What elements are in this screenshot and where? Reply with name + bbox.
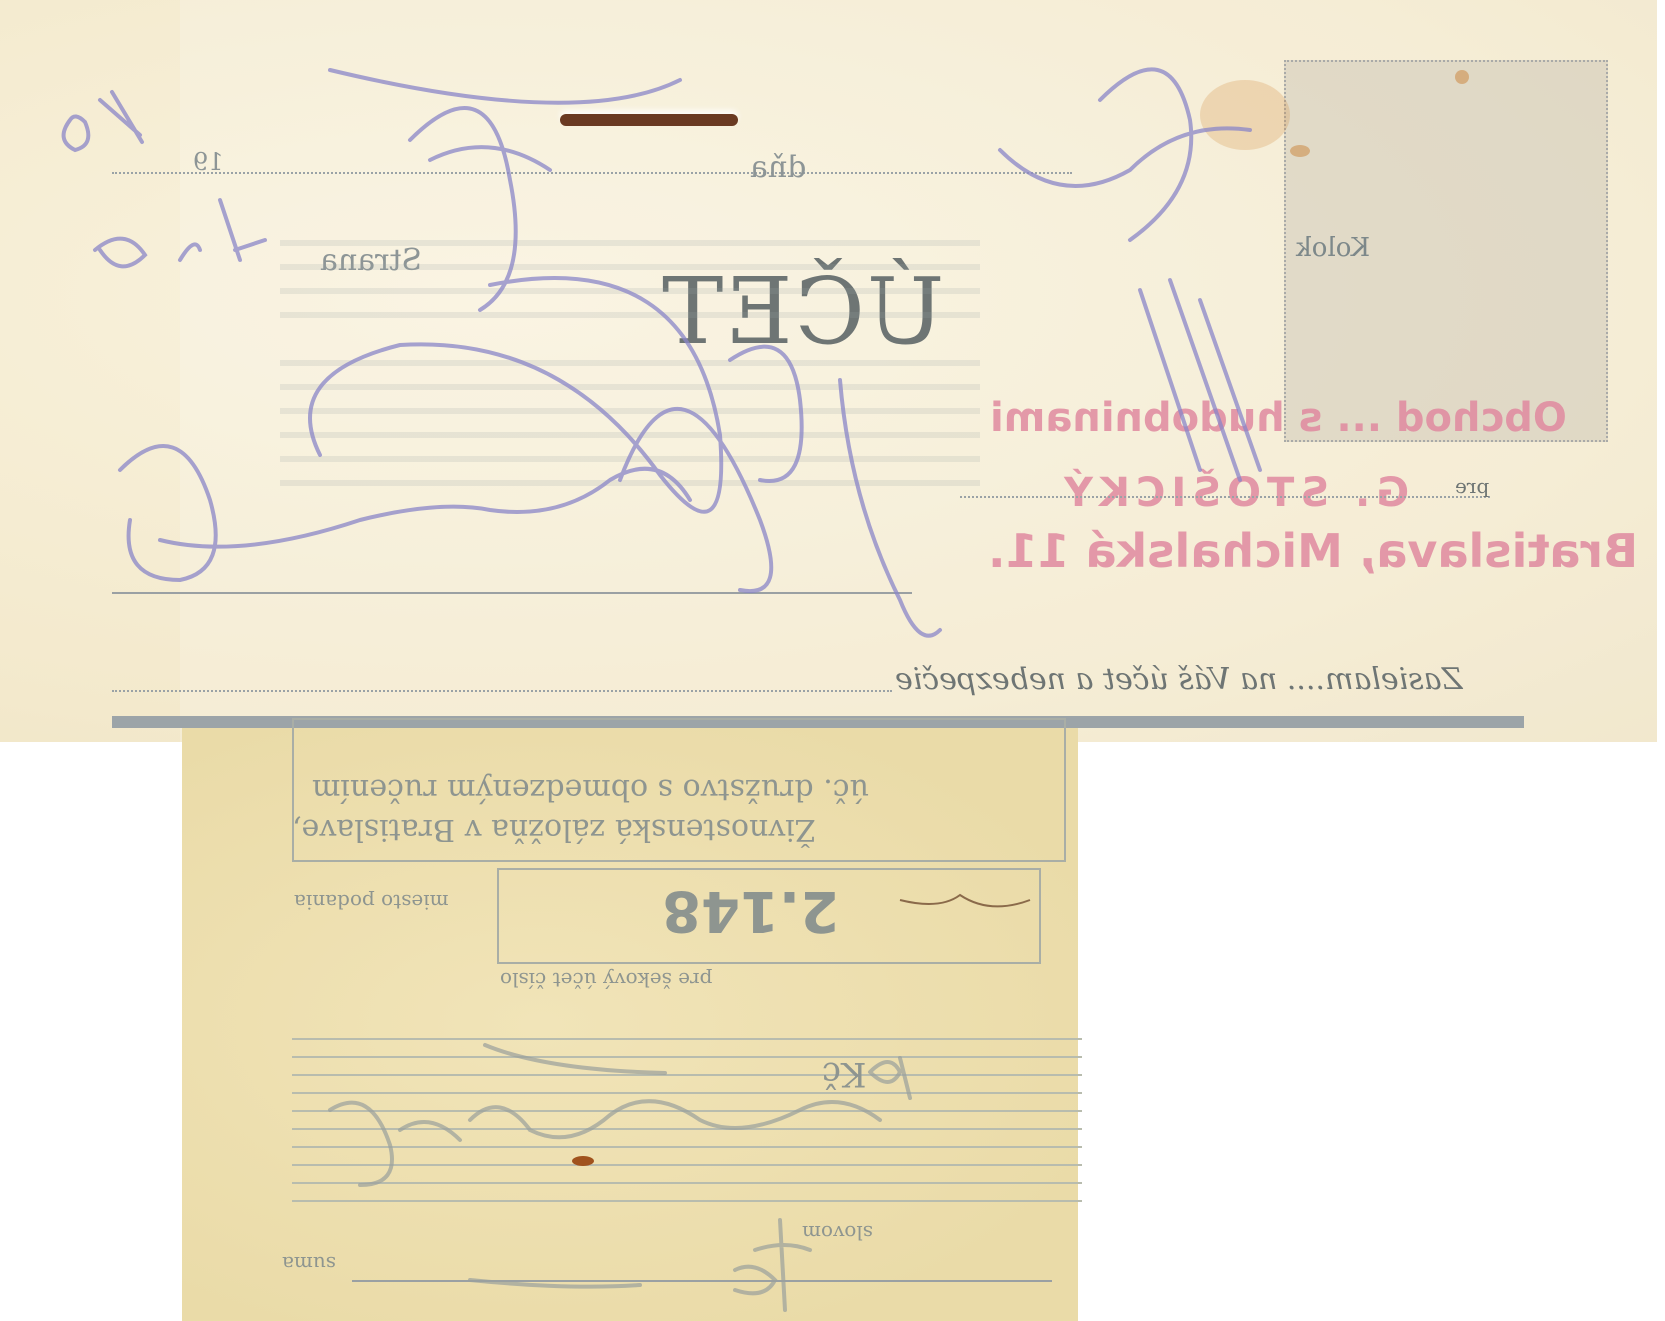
rust-spot xyxy=(572,1156,594,1166)
date-line xyxy=(112,172,1072,174)
currency-label: Kč xyxy=(822,1054,866,1094)
footer-text: Zasielam.... na Váš účet a nebezpečie xyxy=(895,662,1462,697)
red-stamp-line-3: Bratislava, Michalská 11. xyxy=(988,524,1638,578)
red-stamp-line-2: G. STOŠICKÝ xyxy=(1058,470,1409,516)
date-suffix: dňa xyxy=(750,150,806,185)
account-number: 2.148 xyxy=(662,878,839,943)
signature-line xyxy=(112,592,912,594)
bank-name-line-2: úč. družstvo s obmedzeným ručením xyxy=(312,772,869,807)
recipient-line xyxy=(960,496,1490,498)
rust-spot xyxy=(1290,145,1310,157)
bank-name-line-1: Živnostenská záložňa v Bratislave, xyxy=(292,812,816,847)
place-label: miesto podania xyxy=(294,890,449,914)
sum-label: suma xyxy=(282,1252,336,1276)
stamp-area-label: Kolok xyxy=(1296,233,1370,263)
amount-ruled-lines xyxy=(292,1038,1082,1203)
red-stamp-line-1: Obchod ... s hudobninami xyxy=(990,395,1567,441)
faint-terms-text xyxy=(280,360,980,490)
rust-stain xyxy=(1200,80,1290,150)
sum-line xyxy=(352,1280,1052,1282)
invoice-slip: 19 dňa Strana ÚČET Kolok Obchod ... s hu… xyxy=(0,0,1657,742)
words-label: slovom xyxy=(802,1221,873,1245)
footer-line xyxy=(112,690,892,692)
postal-receipt-slip: úč. družstvo s obmedzeným ručením Živnos… xyxy=(182,728,1078,1321)
recipient-prefix: pre xyxy=(1455,474,1489,498)
rust-spot xyxy=(1455,70,1469,84)
account-label: pre šekový účet číslo xyxy=(500,968,712,992)
year-prefix: 19 xyxy=(193,148,224,176)
faint-terms-text xyxy=(280,240,980,320)
punched-slot xyxy=(560,114,738,126)
